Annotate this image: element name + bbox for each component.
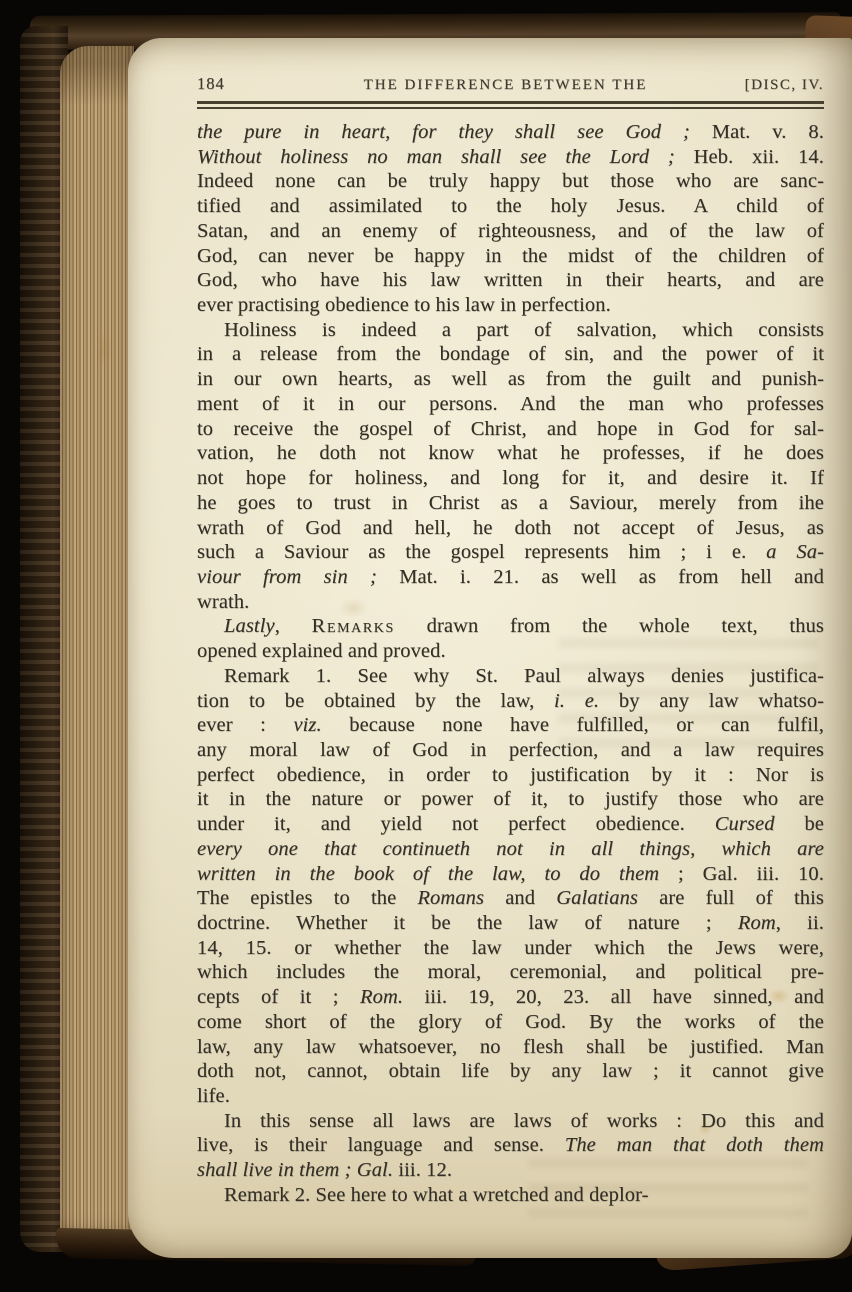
text-segment: Remark 2. See here to what a wretched an… <box>224 1184 649 1206</box>
text-line: cepts of it ; Rom. iii. 19, 20, 23. all … <box>197 985 824 1010</box>
text-segment: Mat. i. 21. as well as from hell and <box>377 566 824 588</box>
text-segment: any moral law of God in perfection, and … <box>197 739 824 761</box>
text-segment: tified and assimilated to the holy Jesus… <box>197 195 824 217</box>
text-segment: doth not, cannot, obtain life by any law… <box>197 1060 824 1082</box>
text-line: any moral law of God in perfection, and … <box>197 738 824 763</box>
text-line: The epistles to the Romans and Galatians… <box>197 886 824 911</box>
text-line: Without holiness no man shall see the Lo… <box>197 145 824 170</box>
text-line: opened explained and proved. <box>197 639 824 664</box>
text-segment: doctrine. Whether it be the law of natur… <box>197 912 738 934</box>
text-line: it in the nature or power of it, to just… <box>197 787 824 812</box>
text-segment: cepts of it ; <box>197 986 360 1008</box>
text-line: tified and assimilated to the holy Jesus… <box>197 194 824 219</box>
text-segment: God, can never be happy in the midst of … <box>197 245 824 267</box>
text-line: tion to be obtained by the law, i. e. by… <box>197 689 824 714</box>
text-segment: Romans <box>417 887 484 909</box>
text-segment: perfect obedience, in order to justifica… <box>197 764 824 786</box>
text-segment: The man that doth them <box>565 1134 824 1156</box>
text-segment: the pure in heart, for they shall see Go… <box>197 121 690 143</box>
text-segment: Satan, and an enemy of righteousness, an… <box>197 220 824 242</box>
text-segment: Galatians <box>556 887 638 909</box>
text-segment: Without holiness no man shall see the Lo… <box>197 146 675 168</box>
text-line: live, is their language and sense. The m… <box>197 1133 824 1158</box>
text-segment: every one that continueth not in all thi… <box>197 838 824 860</box>
section-label: [DISC, IV. <box>694 77 824 94</box>
text-segment: i. e. <box>554 690 599 712</box>
text-line: Satan, and an enemy of righteousness, an… <box>197 219 824 244</box>
text-segment: , ii. <box>776 912 824 934</box>
text-segment: ever : <box>197 714 293 736</box>
text-line: life. <box>197 1084 824 1109</box>
text-segment: 14, 15. or whether the law under which t… <box>197 937 824 959</box>
text-segment: viour from sin ; <box>197 566 377 588</box>
text-segment: come short of the glory of God. By the w… <box>197 1011 824 1033</box>
text-segment: Cursed <box>715 813 775 835</box>
text-line: ever practising obedience to his law in … <box>197 293 824 318</box>
text-line: under it, and yield not perfect obedienc… <box>197 812 824 837</box>
text-segment: viz. <box>293 714 321 736</box>
text-segment: Rom <box>738 912 776 934</box>
text-line: to receive the gospel of Christ, and hop… <box>197 417 824 442</box>
text-segment: , <box>275 615 312 637</box>
text-line: in a release from the bondage of sin, an… <box>197 342 824 367</box>
text-segment: iii. 19, 20, 23. all have sinned, and <box>403 986 824 1008</box>
text-segment: and <box>484 887 556 909</box>
text-line: ment of it in our persons. And the man w… <box>197 392 824 417</box>
text-line: such a Saviour as the gospel represents … <box>197 540 824 565</box>
text-segment: life. <box>197 1085 230 1107</box>
text-segment: Indeed none can be truly happy but those… <box>197 170 824 192</box>
text-segment: Lastly <box>224 615 275 637</box>
text-segment: Remarks <box>312 615 395 637</box>
text-segment: Heb. xii. 14. <box>675 146 824 168</box>
text-segment: to receive the gospel of Christ, and hop… <box>197 418 824 440</box>
text-line: doth not, cannot, obtain life by any law… <box>197 1059 824 1084</box>
page-number: 184 <box>197 74 317 94</box>
text-segment: Mat. v. 8. <box>690 121 824 143</box>
text-segment: wrath. <box>197 591 249 613</box>
text-line: Remark 1. See why St. Paul always denies… <box>197 664 824 689</box>
text-segment: such a Saviour as the gospel represents … <box>197 541 766 563</box>
text-line: the pure in heart, for they shall see Go… <box>197 120 824 145</box>
text-line: Remark 2. See here to what a wretched an… <box>197 1183 824 1208</box>
text-segment: be <box>775 813 824 835</box>
text-segment: The epistles to the <box>197 887 417 909</box>
text-line: which includes the moral, ceremonial, an… <box>197 960 824 985</box>
book-page: 184 THE DIFFERENCE BETWEEN THE [DISC, IV… <box>128 38 852 1258</box>
page-body: the pure in heart, for they shall see Go… <box>197 120 824 1208</box>
text-segment: law, any law whatsoever, no flesh shall … <box>197 1036 824 1058</box>
text-line: wrath. <box>197 590 824 615</box>
text-segment: a Sa- <box>766 541 824 563</box>
book-photo: 184 THE DIFFERENCE BETWEEN THE [DISC, IV… <box>0 0 852 1292</box>
page-fore-edge <box>60 46 134 1248</box>
text-line: perfect obedience, in order to justifica… <box>197 763 824 788</box>
text-segment: opened explained and proved. <box>197 640 446 662</box>
text-line: Lastly, Remarks drawn from the whole tex… <box>197 614 824 639</box>
header-rule <box>197 101 824 109</box>
text-line: ever : viz. because none have fulfilled,… <box>197 713 824 738</box>
text-line: God, can never be happy in the midst of … <box>197 244 824 269</box>
text-line: come short of the glory of God. By the w… <box>197 1010 824 1035</box>
text-line: In this sense all laws are laws of works… <box>197 1109 824 1134</box>
text-line: in our own hearts, as well as from the g… <box>197 367 824 392</box>
text-segment: iii. 12. <box>393 1159 452 1181</box>
text-segment: God, who have his law written in their h… <box>197 269 824 291</box>
text-segment: because none have fulfilled, or can fulf… <box>322 714 824 736</box>
text-segment: which includes the moral, ceremonial, an… <box>197 961 824 983</box>
text-segment: Rom. <box>360 986 403 1008</box>
text-segment: ment of it in our persons. And the man w… <box>197 393 824 415</box>
text-segment: by any law whatso- <box>599 690 824 712</box>
text-line: Holiness is indeed a part of salvation, … <box>197 318 824 343</box>
text-segment: not hope for holiness, and long for it, … <box>197 467 824 489</box>
text-line: God, who have his law written in their h… <box>197 268 824 293</box>
text-segment: under it, and yield not perfect obedienc… <box>197 813 715 835</box>
text-line: Indeed none can be truly happy but those… <box>197 169 824 194</box>
text-line: viour from sin ; Mat. i. 21. as well as … <box>197 565 824 590</box>
text-segment: ever practising obedience to his law in … <box>197 294 611 316</box>
text-line: vation, he doth not know what he profess… <box>197 441 824 466</box>
page-header: 184 THE DIFFERENCE BETWEEN THE [DISC, IV… <box>197 74 824 94</box>
text-segment: drawn from the whole text, thus <box>395 615 824 637</box>
text-line: written in the book of the law, to do th… <box>197 862 824 887</box>
text-line: 14, 15. or whether the law under which t… <box>197 936 824 961</box>
text-line: shall live in them ; Gal. iii. 12. <box>197 1158 824 1183</box>
text-segment: it in the nature or power of it, to just… <box>197 788 824 810</box>
running-title: THE DIFFERENCE BETWEEN THE <box>317 77 694 94</box>
text-line: doctrine. Whether it be the law of natur… <box>197 911 824 936</box>
text-segment: he goes to trust in Christ as a Saviour,… <box>197 492 824 514</box>
text-segment: Remark 1. See why St. Paul always denies… <box>224 665 824 687</box>
text-segment: wrath of God and hell, he doth not accep… <box>197 517 824 539</box>
text-segment: live, is their language and sense. <box>197 1134 565 1156</box>
text-line: wrath of God and hell, he doth not accep… <box>197 516 824 541</box>
text-segment: vation, he doth not know what he profess… <box>197 442 824 464</box>
text-segment: In this sense all laws are laws of works… <box>224 1110 824 1132</box>
text-segment: in a release from the bondage of sin, an… <box>197 343 824 365</box>
text-line: not hope for holiness, and long for it, … <box>197 466 824 491</box>
text-segment: ; Gal. iii. 10. <box>659 863 824 885</box>
text-segment: tion to be obtained by the law, <box>197 690 554 712</box>
text-line: law, any law whatsoever, no flesh shall … <box>197 1035 824 1060</box>
text-segment: written in the book of the law, to do th… <box>197 863 659 885</box>
text-segment: shall live in them ; Gal. <box>197 1159 393 1181</box>
text-segment: in our own hearts, as well as from the g… <box>197 368 824 390</box>
text-segment: Holiness is indeed a part of salvation, … <box>224 319 824 341</box>
text-line: he goes to trust in Christ as a Saviour,… <box>197 491 824 516</box>
text-line: every one that continueth not in all thi… <box>197 837 824 862</box>
text-segment: are full of this <box>638 887 824 909</box>
page-content: 184 THE DIFFERENCE BETWEEN THE [DISC, IV… <box>197 74 824 1208</box>
